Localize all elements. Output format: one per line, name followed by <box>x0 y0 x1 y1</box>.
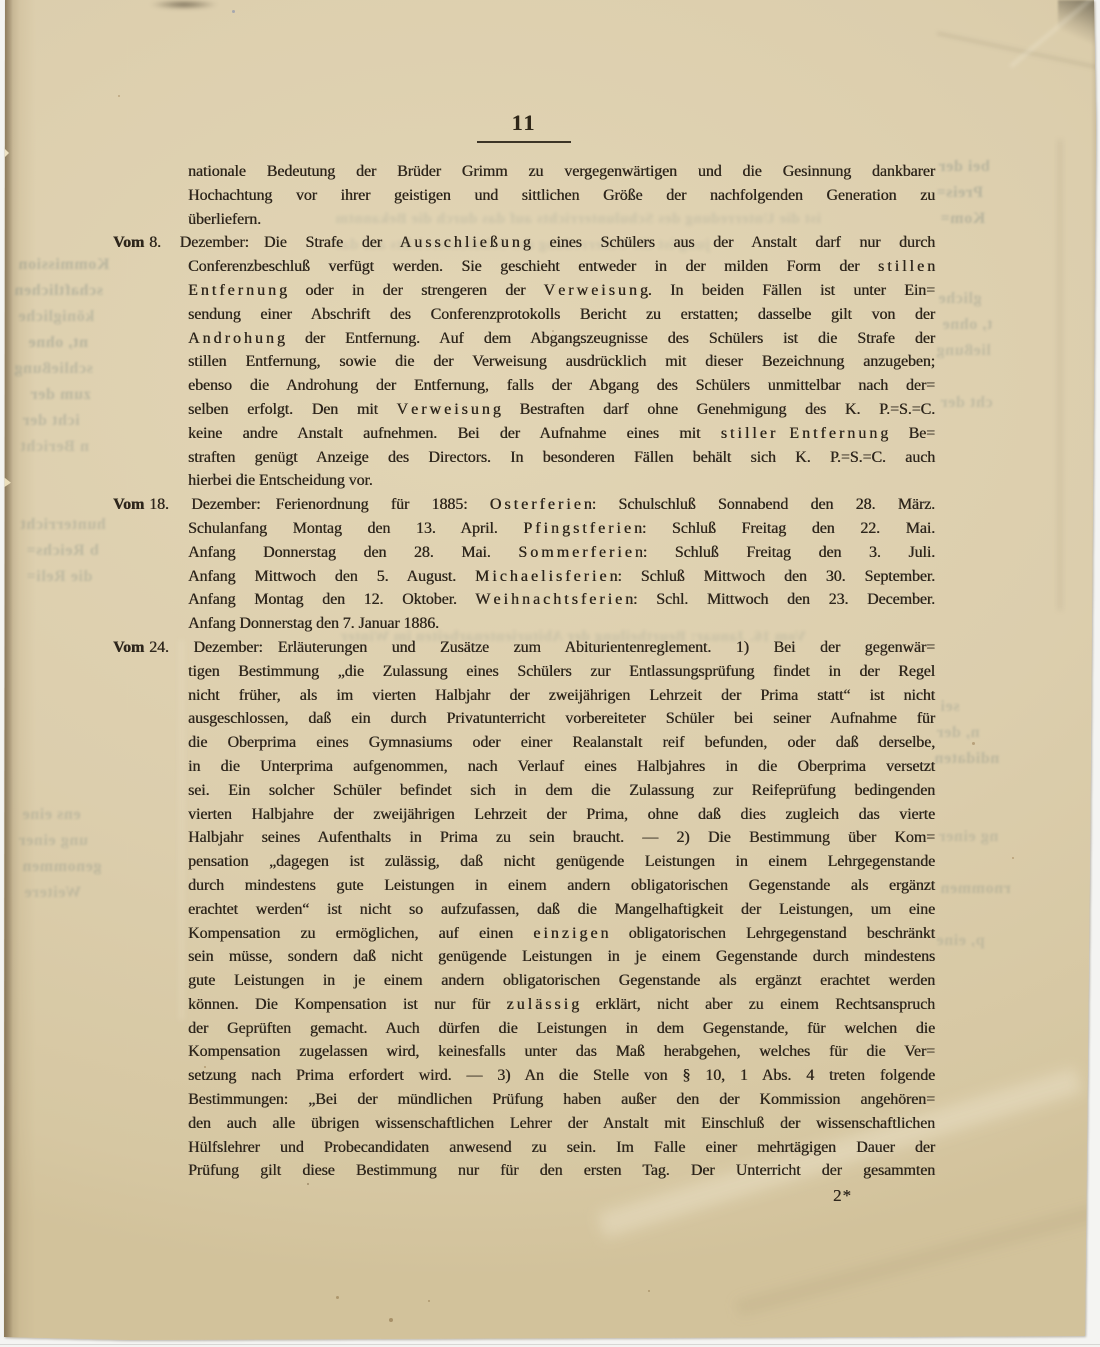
bleedthrough-text: rnommen <box>940 880 1011 898</box>
text-line: Halbjahr seines Aufenthalts in Prima zu … <box>188 826 935 850</box>
bleedthrough-text: schaftlichen <box>14 282 103 300</box>
text-line: nationale Bedeutung der Brüder Grimm zu … <box>188 160 935 184</box>
entry-date-label: Vom <box>113 234 144 251</box>
line-text: hierbei die Entscheidung vor. <box>188 472 373 489</box>
line-text: Bestimmungen: „Bei der mündlichen Prüfun… <box>188 1091 935 1108</box>
line-text: Prüfung gilt diese Bestimmung nur für de… <box>188 1162 935 1179</box>
entry-date: 24. Dezember: <box>149 639 263 656</box>
paper-crease <box>1058 140 1062 610</box>
line-text: gute Leistungen in je einem andern oblig… <box>188 972 935 989</box>
body-text: nationale Bedeutung der Brüder Grimm zu … <box>113 160 935 1183</box>
text-line: pensation „dagegen ist zulässig, daß nic… <box>188 850 935 874</box>
line-text: in die Unterprima aufgenommen, nach Verl… <box>188 758 935 775</box>
bleedthrough-text: zum der <box>30 386 91 404</box>
foxing-speck <box>1012 857 1014 859</box>
bleedthrough-text: ndidaten <box>934 750 999 768</box>
line-text: die Oberprima eines Gymnasiums oder eine… <box>188 734 935 751</box>
paragraph: nationale Bedeutung der Brüder Grimm zu … <box>113 160 935 231</box>
line-text: Die Strafe der A u s s c h l i e ß u n g… <box>264 234 935 251</box>
bleedthrough-text: Preis= <box>936 184 983 202</box>
corner-smudge <box>1058 0 1100 46</box>
text-line: Conferenzbeschluß verfügt werden. Sie ge… <box>188 255 935 279</box>
text-line: Hochachtung vor ihrer geistigen und sitt… <box>188 184 935 208</box>
paragraph: Vom24. Dezember:Erläuterungen und Zusätz… <box>113 636 935 1183</box>
line-text: den auch alle übrigen wissenschaftlichen… <box>188 1115 935 1132</box>
paper-sheet: ist die Unterredung des Schulunterrichts… <box>0 0 1100 1347</box>
bleedthrough-text: Kom= <box>940 210 985 228</box>
line-text: können. Die Kompensation ist nur für z u… <box>188 996 935 1013</box>
page-number-rule <box>477 141 571 143</box>
text-line: Vom24. Dezember:Erläuterungen und Zusätz… <box>113 636 935 660</box>
entry-date-label: Vom <box>113 639 144 656</box>
bleedthrough-text: königliche <box>18 308 94 326</box>
bleedthrough-text: ung einer <box>18 832 88 850</box>
text-line: selben erfolgt. Den mit V e r w e i s u … <box>188 398 935 422</box>
line-text: keine andre Anstalt aufnehmen. Bei der A… <box>188 425 935 442</box>
text-line: A n d r o h u n g der Entfernung. Auf de… <box>188 327 935 351</box>
line-text: stillen Entfernung, sowie die der Verwei… <box>188 353 935 370</box>
text-line: Bestimmungen: „Bei der mündlichen Prüfun… <box>188 1088 935 1112</box>
text-line: der Geprüften gemacht. Auch dürfen die L… <box>188 1017 935 1041</box>
entry-date: 8. Dezember: <box>149 234 249 251</box>
bleedthrough-text: icht der <box>22 412 80 430</box>
text-line: straften genügt Anzeige des Directors. I… <box>188 446 935 470</box>
line-text: Hochachtung vor ihrer geistigen und sitt… <box>188 187 935 204</box>
bleedthrough-text: t, ohne <box>942 316 992 334</box>
text-line: den auch alle übrigen wissenschaftlichen… <box>188 1112 935 1136</box>
bleedthrough-text: n, der <box>936 724 980 742</box>
edge-chip <box>0 144 9 162</box>
text-line: Anfang Donnerstag den 28. Mai. S o m m e… <box>188 541 935 565</box>
line-text: setzung nach Prima erfordert wird. — 3) … <box>188 1067 935 1084</box>
line-text: Anfang Donnerstag den 28. Mai. S o m m e… <box>188 544 935 561</box>
line-text: tigen Bestimmung „die Zulassung eines Sc… <box>188 663 935 680</box>
text-line: Hülfslehrer und Probecandidaten anwesend… <box>188 1136 935 1160</box>
paragraph: Vom18. Dezember:Ferienordnung für 1885: … <box>113 493 935 636</box>
bleedthrough-text: sei <box>940 698 960 716</box>
text-line: ausgeschlossen, daß ein durch Privatunte… <box>188 707 935 731</box>
bleedthrough-text: ließung <box>936 342 991 360</box>
bleedthrough-text: nt, ohne <box>28 334 88 352</box>
foxing-speck <box>232 10 235 13</box>
text-line: ebenso die Androhung der Entfernung, fal… <box>188 374 935 398</box>
foxing-speck <box>389 1318 393 1322</box>
foxing-speck <box>118 95 120 97</box>
line-text: durch mindestens gute Leistungen in eine… <box>188 877 935 894</box>
foxing-speck <box>307 1183 309 1185</box>
text-line: durch mindestens gute Leistungen in eine… <box>188 874 935 898</box>
text-line: vierten Halbjahre der zweijährigen Lehrz… <box>188 803 935 827</box>
bleedthrough-text: hunterricht <box>20 516 106 534</box>
text-line: Vom8. Dezember:Die Strafe der A u s s c … <box>113 231 935 255</box>
line-text: straften genügt Anzeige des Directors. I… <box>188 449 935 466</box>
bleedthrough-text: n Bericht <box>20 438 89 456</box>
bleedthrough-text: bei der <box>938 158 990 176</box>
page-number: 11 <box>113 110 935 136</box>
text-line: sendung einer Abschrift des Conferenzpro… <box>188 303 935 327</box>
line-text: erachtet werden“ ist nicht so aufzufasse… <box>188 901 935 918</box>
line-text: E n t f e r n u n g oder in der strenger… <box>188 282 935 299</box>
line-text: Anfang Donnerstag den 7. Januar 1886. <box>188 615 439 632</box>
line-text: Conferenzbeschluß verfügt werden. Sie ge… <box>188 258 935 275</box>
foxing-speck <box>648 1290 650 1292</box>
line-text: sein müsse, sondern daß nicht genügende … <box>188 948 935 965</box>
text-line: Anfang Montag den 12. Oktober. W e i h n… <box>188 588 935 612</box>
text-line: sei. Ein solcher Schüler befindet sich i… <box>188 779 935 803</box>
line-text: ebenso die Androhung der Entfernung, fal… <box>188 377 935 394</box>
text-line: Anfang Mittwoch den 5. August. M i c h a… <box>188 565 935 589</box>
line-text: Anfang Mittwoch den 5. August. M i c h a… <box>188 568 935 585</box>
line-text: sendung einer Abschrift des Conferenzpro… <box>188 306 935 323</box>
line-text: sei. Ein solcher Schüler befindet sich i… <box>188 782 935 799</box>
line-text: Schulanfang Montag den 13. April. P f i … <box>188 520 935 537</box>
line-text: nicht früher, als im vierten Halbjahr de… <box>188 687 935 704</box>
bleedthrough-text: p, eine <box>936 932 985 950</box>
text-line: stillen Entfernung, sowie die der Verwei… <box>188 350 935 374</box>
ink-smudge <box>150 0 218 9</box>
text-line: überliefern. <box>188 208 935 232</box>
line-text: Anfang Montag den 12. Oktober. W e i h n… <box>188 591 935 608</box>
text-line: Prüfung gilt diese Bestimmung nur für de… <box>188 1159 935 1183</box>
text-line: Kompensation zugelassen wird, keinesfall… <box>188 1040 935 1064</box>
line-text: ausgeschlossen, daß ein durch Privatunte… <box>188 710 935 727</box>
text-line: Anfang Donnerstag den 7. Januar 1886. <box>188 612 935 636</box>
bleedthrough-text: b Reichs= <box>26 542 99 560</box>
text-line: hierbei die Entscheidung vor. <box>188 469 935 493</box>
edge-chip <box>0 474 11 490</box>
paper-crease <box>1010 0 1100 67</box>
signature-mark: 2* <box>833 1186 852 1206</box>
text-line: setzung nach Prima erfordert wird. — 3) … <box>188 1064 935 1088</box>
bleedthrough-text: Kommission <box>18 256 109 274</box>
line-text: vierten Halbjahre der zweijährigen Lehrz… <box>188 806 935 823</box>
foxing-speck <box>972 742 975 745</box>
bleedthrough-text: gliche <box>938 290 982 308</box>
line-text: der Geprüften gemacht. Auch dürfen die L… <box>188 1020 935 1037</box>
line-text: Halbjahr seines Aufenthalts in Prima zu … <box>188 829 935 846</box>
line-text: Erläuterungen und Zusätze zum Abiturient… <box>278 639 935 656</box>
line-text: pensation „dagegen ist zulässig, daß nic… <box>188 853 935 870</box>
bleedthrough-text: ng einer <box>938 828 998 846</box>
text-line: E n t f e r n u n g oder in der strenger… <box>188 279 935 303</box>
entry-date: 18. Dezember: <box>149 496 260 513</box>
text-line: die Oberprima eines Gymnasiums oder eine… <box>188 731 935 755</box>
bleedthrough-text: ens eine <box>22 806 81 824</box>
bleedthrough-text: Weitere <box>24 884 81 902</box>
text-line: Kompensation zu ermöglichen, auf einen e… <box>188 922 935 946</box>
paper-crease <box>937 32 1100 75</box>
line-text: nationale Bedeutung der Brüder Grimm zu … <box>188 163 935 180</box>
text-line: können. Die Kompensation ist nur für z u… <box>188 993 935 1017</box>
paper-crease <box>735 1190 1100 1317</box>
text-line: nicht früher, als im vierten Halbjahr de… <box>188 684 935 708</box>
text-line: keine andre Anstalt aufnehmen. Bei der A… <box>188 422 935 446</box>
bleedthrough-text: cht der <box>940 394 993 412</box>
text-line: Vom18. Dezember:Ferienordnung für 1885: … <box>113 493 935 517</box>
paragraph: Vom8. Dezember:Die Strafe der A u s s c … <box>113 231 935 493</box>
line-text: Kompensation zu ermöglichen, auf einen e… <box>188 925 935 942</box>
text-line: erachtet werden“ ist nicht so aufzufasse… <box>188 898 935 922</box>
text-line: in die Unterprima aufgenommen, nach Verl… <box>188 755 935 779</box>
bleedthrough-text: schließung <box>14 360 93 378</box>
scanned-document-page: ist die Unterredung des Schulunterrichts… <box>0 0 1100 1347</box>
entry-date-label: Vom <box>113 496 144 513</box>
line-text: A n d r o h u n g der Entfernung. Auf de… <box>188 330 935 347</box>
page-header: 11 <box>113 110 935 143</box>
text-line: gute Leistungen in je einem andern oblig… <box>188 969 935 993</box>
foxing-speck <box>428 1300 430 1302</box>
line-text: Kompensation zugelassen wird, keinesfall… <box>188 1043 935 1060</box>
text-line: sein müsse, sondern daß nicht genügende … <box>188 945 935 969</box>
foxing-speck <box>336 1296 339 1299</box>
line-text: selben erfolgt. Den mit V e r w e i s u … <box>188 401 935 418</box>
text-line: Schulanfang Montag den 13. April. P f i … <box>188 517 935 541</box>
bleedthrough-text: die Reli= <box>26 568 93 586</box>
line-text: überliefern. <box>188 211 261 228</box>
text-line: tigen Bestimmung „die Zulassung eines Sc… <box>188 660 935 684</box>
bleedthrough-text: genommen <box>22 858 101 876</box>
line-text: Hülfslehrer und Probecandidaten anwesend… <box>188 1139 935 1156</box>
line-text: Ferienordnung für 1885: O s t e r f e r … <box>275 496 935 513</box>
